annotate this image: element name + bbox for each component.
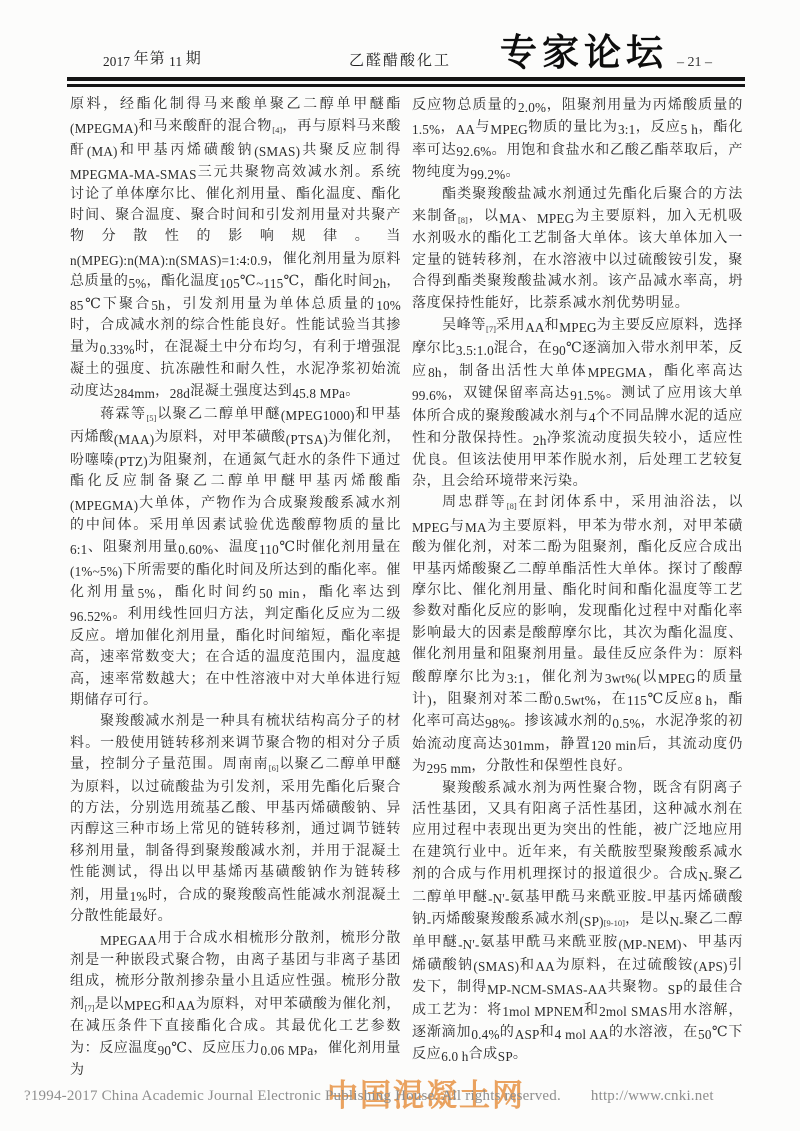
- paragraph: 周忠群等[8]在封闭体系中，采用油浴法，以MPEG与MA为主要原料，甲苯为带水剂…: [412, 492, 743, 777]
- reference-marker: [7]: [486, 324, 496, 334]
- reference-marker: [7]: [85, 1003, 95, 1013]
- column-left: 原料，经酯化制得马来酸单聚乙二醇单甲醚酯(MPEGMA)和马来酸酐的混合物[4]…: [70, 94, 401, 1081]
- column-right: 反应物总质量的2.0%，阻聚剂用量为丙烯酸质量的1.5%，AA与MPEG物质的量…: [412, 94, 743, 1081]
- paragraph: MPEGAA用于合成水相梳形分散剂，梳形分散剂是一种嵌段式聚合物，由离子基团与非…: [70, 927, 401, 1081]
- page-number: – 21 –: [677, 55, 712, 71]
- reference-marker: [9-10]: [604, 918, 625, 928]
- copyright-text: ?1994-2017 China Academic Journal Electr…: [24, 1088, 561, 1104]
- page-footer: ?1994-2017 China Academic Journal Electr…: [24, 1088, 784, 1105]
- article-body: 原料，经酯化制得马来酸单聚乙二醇单甲醚酯(MPEGMA)和马来酸酐的混合物[4]…: [70, 94, 743, 1081]
- paragraph: 蒋霖等[5]以聚乙二醇单甲醚(MPEG1000)和甲基丙烯酸(MAA)为原料，对…: [70, 403, 401, 712]
- journal-page: 2017 年第 11 期 乙醛醋酸化工 专家论坛 – 21 – 原料，经酯化制得…: [0, 0, 800, 1131]
- footer-url: http://www.cnki.net: [591, 1088, 714, 1104]
- reference-marker: [8]: [458, 215, 468, 225]
- paragraph: 聚羧酸系减水剂为两性聚合物，既含有阴离子活性基团，又具有阳离子活性基团，这种减水…: [412, 778, 743, 1066]
- reference-marker: [8]: [507, 501, 517, 511]
- paragraph: 吴峰等[7]采用AA和MPEG为主要反应原料，选择摩尔比3.5:1.0混合，在9…: [412, 314, 743, 492]
- divider-rule-bottom: [67, 84, 745, 87]
- paragraph: 酯类聚羧酸盐减水剂通过先酯化后聚合的方法来制备[8]，以MA、MPEG为主要原料…: [412, 184, 743, 314]
- header-divider: [67, 77, 745, 87]
- reference-marker: [4]: [272, 125, 282, 135]
- paragraph: 反应物总质量的2.0%，阻聚剂用量为丙烯酸质量的1.5%，AA与MPEG物质的量…: [412, 94, 743, 184]
- reference-marker: [6]: [269, 763, 279, 773]
- paragraph: 原料，经酯化制得马来酸单聚乙二醇单甲醚酯(MPEGMA)和马来酸酐的混合物[4]…: [70, 94, 401, 403]
- forum-column-title: 专家论坛: [500, 22, 668, 76]
- paragraph: 聚羧酸减水剂是一种具有梳状结构高分子的材料。一般使用链转移剂来调节聚合物的相对分…: [70, 711, 401, 927]
- divider-rule-top: [67, 77, 745, 81]
- page-header: 2017 年第 11 期 乙醛醋酸化工 专家论坛 – 21 –: [0, 0, 800, 92]
- reference-marker: [5]: [146, 413, 156, 423]
